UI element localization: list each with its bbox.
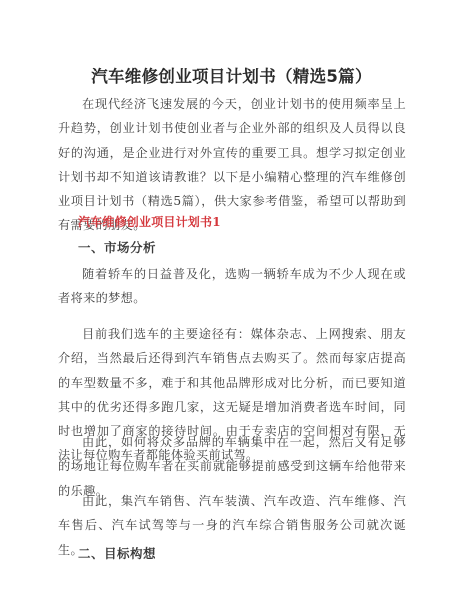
document-title: 汽车维修创业项目计划书（精选5篇）: [0, 63, 463, 87]
section-title-1: 汽车维修创业项目计划书1: [78, 213, 221, 230]
body-paragraph-1: 随着轿车的日益普及化，选购一辆轿车成为不少人现在或者将来的梦想。: [58, 262, 406, 311]
heading-goal-concept: 二、目标构想: [78, 544, 156, 562]
heading-market-analysis: 一、市场分析: [78, 238, 156, 256]
document-page: 汽车维修创业项目计划书（精选5篇） 在现代经济飞速发展的今天，创业计划书的使用频…: [0, 0, 463, 600]
